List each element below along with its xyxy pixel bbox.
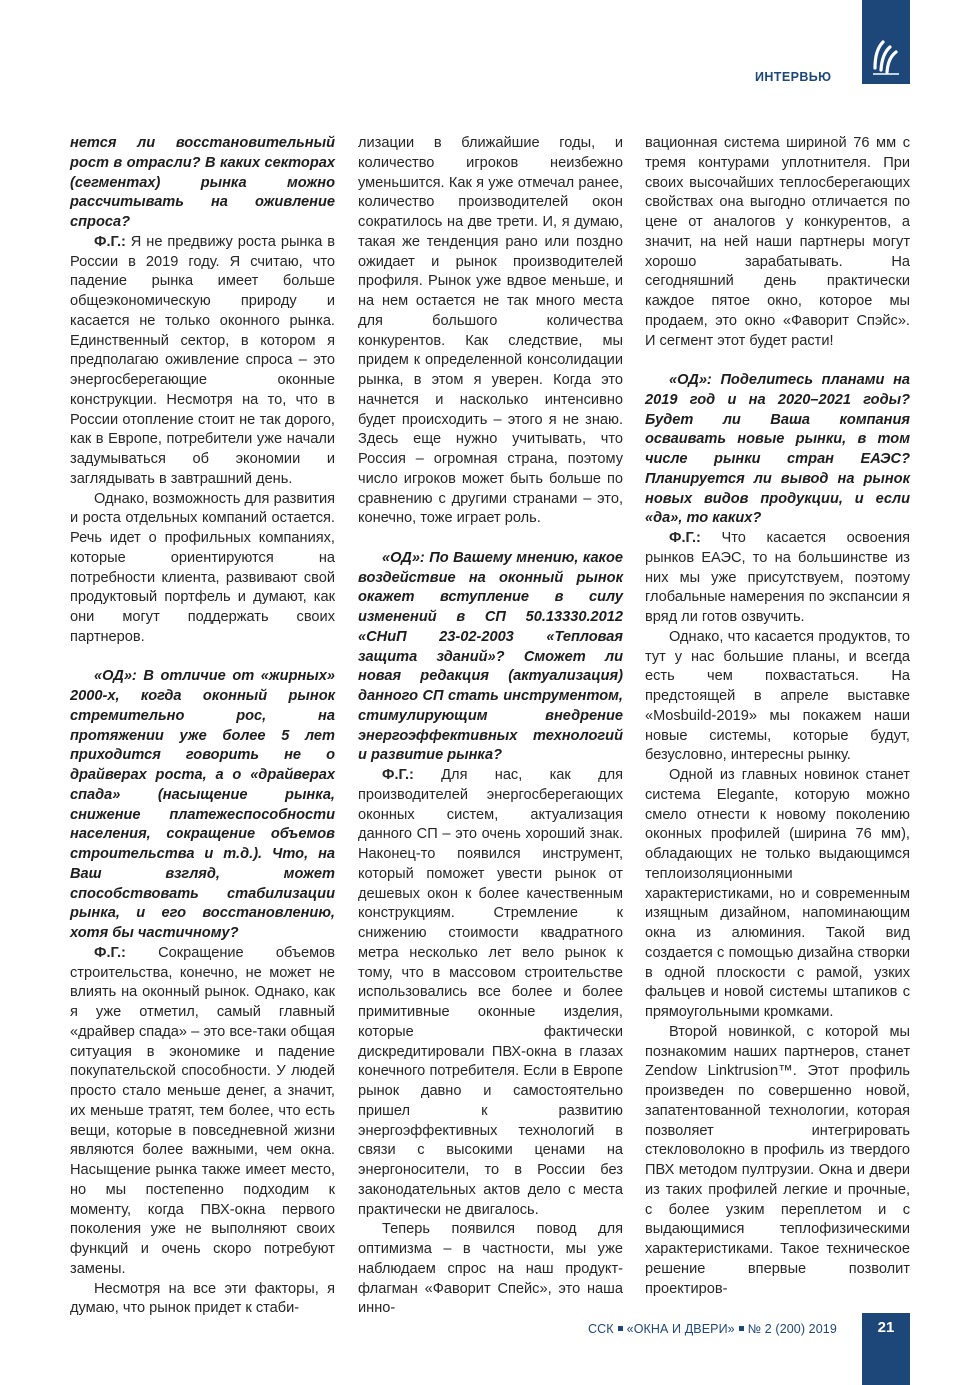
answer-paragraph: Ф.Г.: Что касается освоения рынков ЕАЭС,… [645, 529, 910, 628]
body-paragraph: Второй новинкой, с которой мы познакомим… [645, 1023, 910, 1300]
question-text: «ОД»: По Вашему мнению, какое воздействи… [358, 549, 623, 766]
publisher-logo-icon [869, 38, 903, 78]
spacer [358, 529, 623, 549]
header-logo-block [862, 0, 910, 84]
question-text: «ОД»: В отличие от «жирных» 2000-х, когд… [70, 667, 335, 944]
spacer [70, 648, 335, 668]
footer-magazine: «ОКНА И ДВЕРИ» [627, 1322, 735, 1336]
body-paragraph-continued: лизации в ближайшие годы, и количество и… [358, 134, 623, 529]
separator-square-icon [618, 1326, 623, 1331]
question-text: нется ли восстановительный рост в отрасл… [70, 134, 335, 233]
answer-text: Для нас, как для производителей энергосб… [358, 767, 623, 1218]
separator-square-icon [739, 1326, 744, 1331]
answer-text: Я не предвижу роста рынка в России в 201… [70, 234, 335, 487]
body-paragraph: Теперь появился повод для оптимизма – в … [358, 1220, 623, 1319]
body-paragraph-continued: вационная система шириной 76 мм с тремя … [645, 134, 910, 351]
article-column-3: вационная система шириной 76 мм с тремя … [645, 134, 910, 1299]
section-label: ИНТЕРВЬЮ [755, 70, 831, 84]
footer-publisher: ССК [588, 1322, 614, 1336]
question-text: «ОД»: Поделитесь планами на 2019 год и н… [645, 371, 910, 529]
speaker-label: Ф.Г.: [669, 530, 701, 546]
answer-paragraph: Ф.Г.: Сокращение объемов строительства, … [70, 944, 335, 1280]
speaker-label: Ф.Г.: [94, 234, 126, 250]
answer-paragraph: Ф.Г.: Я не предвижу роста рынка в России… [70, 233, 335, 490]
page-number: 21 [862, 1319, 910, 1336]
page-number-block: 21 [862, 1313, 910, 1385]
speaker-label: Ф.Г.: [94, 945, 126, 961]
body-paragraph: Одной из главных новинок станет система … [645, 766, 910, 1023]
body-paragraph: Однако, возможность для развития и роста… [70, 490, 335, 648]
body-paragraph: Несмотря на все эти факторы, я думаю, чт… [70, 1280, 335, 1320]
answer-text: Сокращение объемов строительства, конечн… [70, 945, 335, 1277]
body-paragraph: Однако, что касается продуктов, то тут у… [645, 628, 910, 766]
speaker-label: Ф.Г.: [382, 767, 414, 783]
article-column-1: нется ли восстановительный рост в отрасл… [70, 134, 335, 1319]
article-column-2: лизации в ближайшие годы, и количество и… [358, 134, 623, 1319]
spacer [645, 351, 910, 371]
answer-paragraph: Ф.Г.: Для нас, как для производителей эн… [358, 766, 623, 1220]
footer-issue-info: ССК«ОКНА И ДВЕРИ»№ 2 (200) 2019 [588, 1322, 837, 1336]
footer-issue: № 2 (200) 2019 [748, 1322, 837, 1336]
